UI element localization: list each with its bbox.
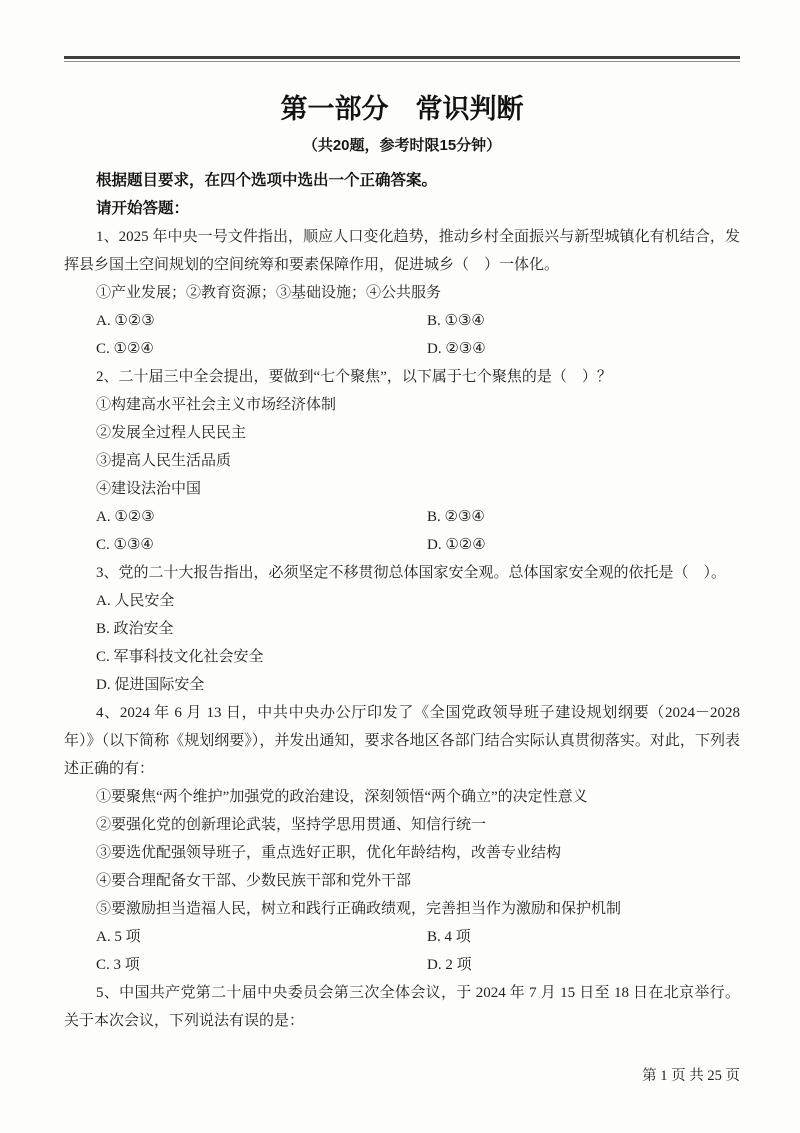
question-2-item-1: ①构建高水平社会主义市场经济体制 bbox=[64, 391, 740, 419]
question-2-item-3: ③提高人民生活品质 bbox=[64, 447, 740, 475]
question-2-option-c: C. ①③④ bbox=[96, 531, 427, 559]
question-2-option-b: B. ②③④ bbox=[427, 503, 740, 531]
question-4-item-2: ②要强化党的创新理论武装，坚持学思用贯通、知信行统一 bbox=[64, 811, 740, 839]
question-2-option-a: A. ①②③ bbox=[96, 503, 427, 531]
question-1-items-inline: ①产业发展；②教育资源；③基础设施；④公共服务 bbox=[64, 279, 740, 307]
question-4-item-5: ⑤要激励担当造福人民，树立和践行正确政绩观，完善担当作为激励和保护机制 bbox=[64, 895, 740, 923]
question-2-item-2: ②发展全过程人民民主 bbox=[64, 419, 740, 447]
question-4-item-4: ④要合理配备女干部、少数民族干部和党外干部 bbox=[64, 867, 740, 895]
section-meta: （共20题，参考时限15分钟） bbox=[64, 135, 740, 157]
question-1-option-c: C. ①②④ bbox=[96, 335, 427, 363]
question-3-option-c: C. 军事科技文化社会安全 bbox=[64, 643, 740, 671]
question-3-option-a: A. 人民安全 bbox=[64, 587, 740, 615]
question-4-item-3: ③要选优配强领导班子，重点选好正职，优化年龄结构，改善专业结构 bbox=[64, 839, 740, 867]
question-3-option-d: D. 促进国际安全 bbox=[64, 671, 740, 699]
header-divider-thin-line bbox=[64, 61, 740, 62]
question-4-option-b: B. 4 项 bbox=[427, 923, 740, 951]
instruction-line: 根据题目要求，在四个选项中选出一个正确答案。 bbox=[64, 167, 740, 195]
question-4-item-1: ①要聚焦“两个维护”加强党的政治建设，深刻领悟“两个确立”的决定性意义 bbox=[64, 783, 740, 811]
header-divider bbox=[64, 56, 740, 62]
start-prompt: 请开始答题： bbox=[64, 195, 740, 223]
question-4-options-row-2: C. 3 项 D. 2 项 bbox=[64, 951, 740, 979]
header-divider-thick-line bbox=[64, 56, 740, 59]
question-4-options-row-1: A. 5 项 B. 4 项 bbox=[64, 923, 740, 951]
question-1-options-row-2: C. ①②④ D. ②③④ bbox=[64, 335, 740, 363]
question-2-option-d: D. ①②④ bbox=[427, 531, 740, 559]
question-1-options-row-1: A. ①②③ B. ①③④ bbox=[64, 307, 740, 335]
question-1-option-a: A. ①②③ bbox=[96, 307, 427, 335]
question-5: 5、中国共产党第二十届中央委员会第三次全体会议，于 2024 年 7 月 15 … bbox=[64, 979, 740, 1035]
question-3: 3、党的二十大报告指出，必须坚定不移贯彻总体国家安全观。总体国家安全观的依托是（… bbox=[64, 559, 740, 699]
question-1: 1、2025 年中央一号文件指出，顺应人口变化趋势，推动乡村全面振兴与新型城镇化… bbox=[64, 223, 740, 363]
question-4-option-d: D. 2 项 bbox=[427, 951, 740, 979]
question-1-option-b: B. ①③④ bbox=[427, 307, 740, 335]
question-1-stem: 1、2025 年中央一号文件指出，顺应人口变化趋势，推动乡村全面振兴与新型城镇化… bbox=[64, 223, 740, 279]
question-2-stem: 2、二十届三中全会提出，要做到“七个聚焦”，以下属于七个聚焦的是（ ）？ bbox=[64, 363, 740, 391]
question-2-item-4: ④建设法治中国 bbox=[64, 475, 740, 503]
question-2-options-row-1: A. ①②③ B. ②③④ bbox=[64, 503, 740, 531]
question-4-option-c: C. 3 项 bbox=[96, 951, 427, 979]
question-5-stem: 5、中国共产党第二十届中央委员会第三次全体会议，于 2024 年 7 月 15 … bbox=[64, 979, 740, 1035]
question-3-option-b: B. 政治安全 bbox=[64, 615, 740, 643]
document-page: 第一部分 常识判断 （共20题，参考时限15分钟） 根据题目要求，在四个选项中选… bbox=[0, 0, 800, 1133]
page-number: 第 1 页 共 25 页 bbox=[642, 1062, 740, 1090]
question-1-option-d: D. ②③④ bbox=[427, 335, 740, 363]
question-3-stem: 3、党的二十大报告指出，必须坚定不移贯彻总体国家安全观。总体国家安全观的依托是（… bbox=[64, 559, 740, 587]
question-4: 4、2024 年 6 月 13 日，中共中央办公厅印发了《全国党政领导班子建设规… bbox=[64, 699, 740, 979]
question-2: 2、二十届三中全会提出，要做到“七个聚焦”，以下属于七个聚焦的是（ ）？ ①构建… bbox=[64, 363, 740, 559]
question-4-option-a: A. 5 项 bbox=[96, 923, 427, 951]
section-title: 第一部分 常识判断 bbox=[64, 92, 740, 126]
question-4-stem: 4、2024 年 6 月 13 日，中共中央办公厅印发了《全国党政领导班子建设规… bbox=[64, 699, 740, 783]
question-2-options-row-2: C. ①③④ D. ①②④ bbox=[64, 531, 740, 559]
